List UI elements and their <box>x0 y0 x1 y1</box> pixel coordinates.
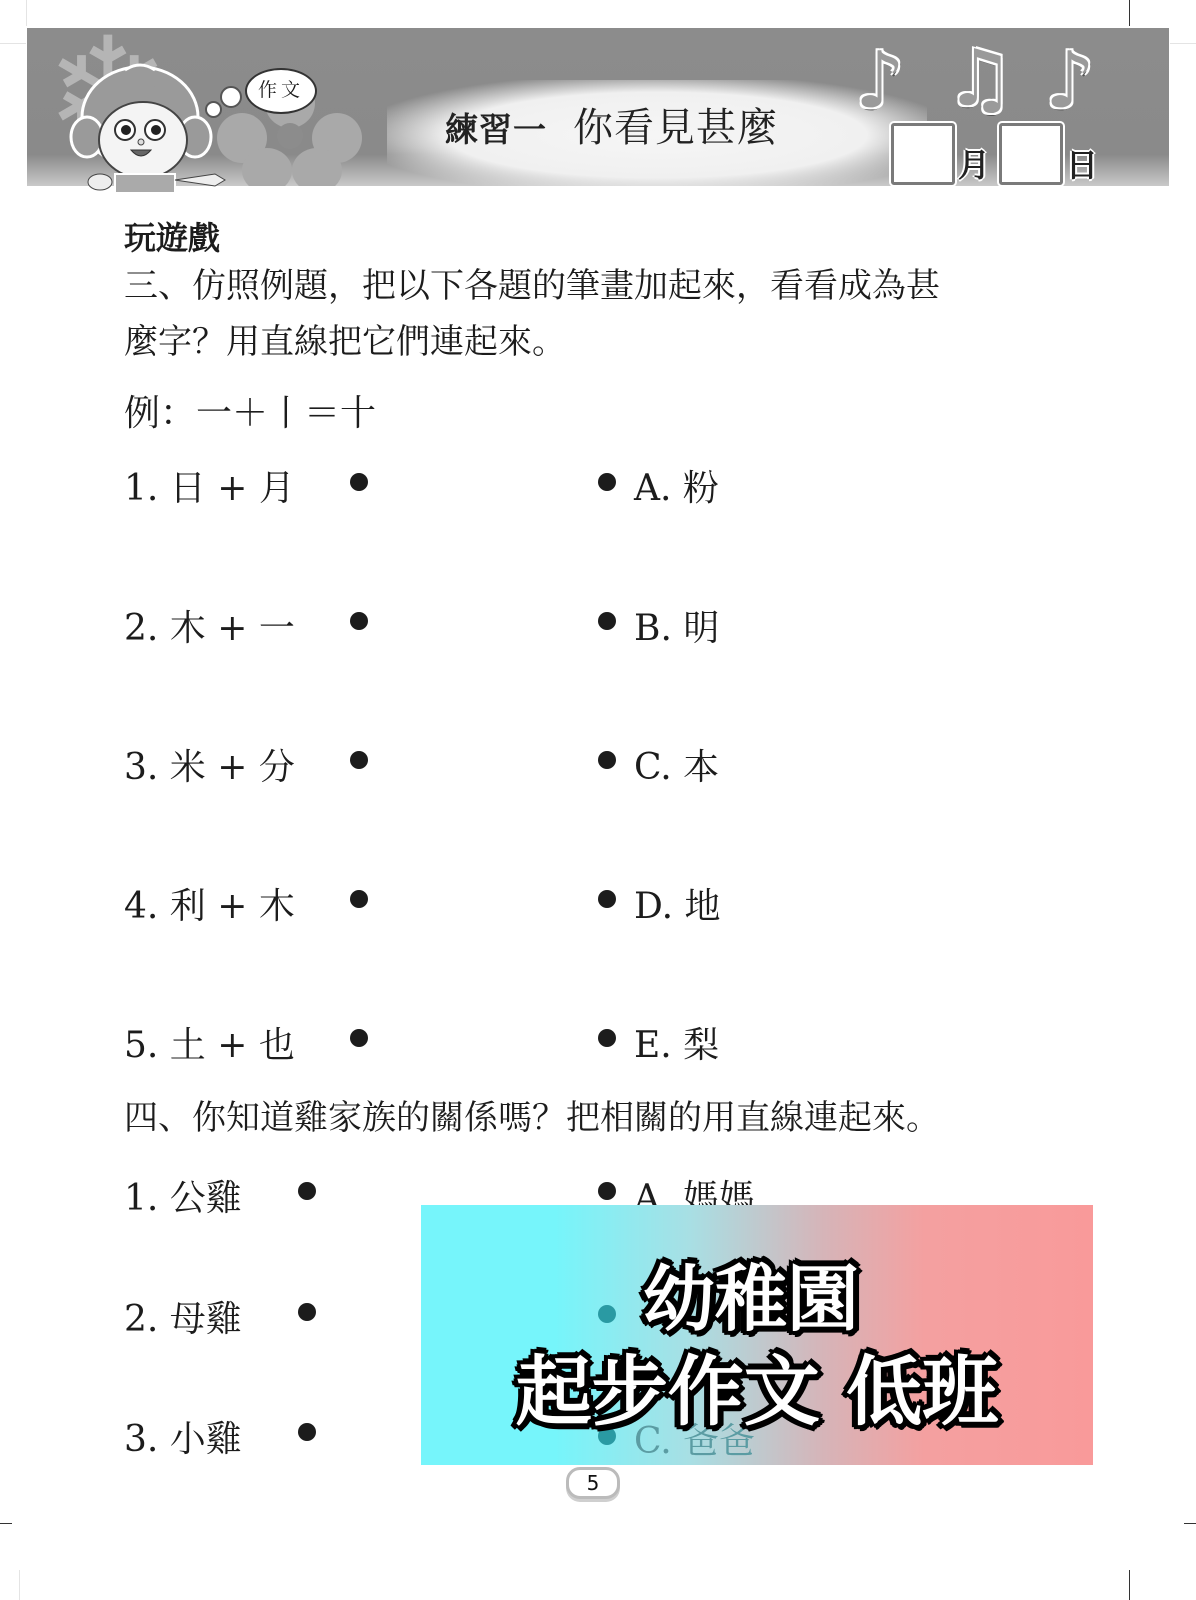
left-item-5: 5. 土 + 也 <box>124 1017 295 1068</box>
page-number: 5 <box>566 1467 620 1499</box>
family-right-dot-a[interactable] <box>598 1182 616 1200</box>
right-item-d: D. 地 <box>634 878 720 929</box>
right-connect-dot-c[interactable] <box>598 751 616 769</box>
exercise-title: 你看見甚麼 <box>573 105 778 151</box>
promo-title-line1: 幼稚園 <box>415 1241 1087 1345</box>
page-title: 練習一你看見甚麼 <box>445 96 778 153</box>
thought-bubble-dot <box>220 86 242 108</box>
left-item-1: 1. 日 + 月 <box>124 460 295 511</box>
crop-mark <box>0 1523 12 1524</box>
left-connect-dot-3[interactable] <box>350 751 368 769</box>
day-input-box[interactable] <box>999 123 1063 185</box>
thought-bubble-dot <box>205 101 222 118</box>
section3-instruction-line2: 麼字？用直線把它們連起來。 <box>124 314 566 370</box>
family-left-dot-3[interactable] <box>298 1423 316 1441</box>
crop-mark <box>1129 0 1130 26</box>
right-item-a: A. 粉 <box>634 460 719 511</box>
right-item-e: E. 梨 <box>634 1017 719 1068</box>
trim-line <box>26 0 27 26</box>
left-connect-dot-1[interactable] <box>350 473 368 491</box>
right-item-c: C. 本 <box>634 739 719 790</box>
trim-line <box>19 1570 20 1600</box>
right-connect-dot-b[interactable] <box>598 612 616 630</box>
left-item-2: 2. 木 + 一 <box>124 600 295 651</box>
exercise-number: 練習一 <box>445 110 547 149</box>
right-connect-dot-a[interactable] <box>598 473 616 491</box>
right-connect-dot-e[interactable] <box>598 1029 616 1047</box>
left-connect-dot-2[interactable] <box>350 612 368 630</box>
crop-mark <box>1129 1570 1130 1600</box>
girl-mascot-illustration <box>55 62 235 192</box>
music-note-icon: ♪ <box>855 42 905 120</box>
family-left-item-3: 3. 小雞 <box>124 1411 242 1462</box>
worked-example: 例：一＋丨＝十 <box>124 385 376 436</box>
left-item-4: 4. 利 + 木 <box>124 878 295 929</box>
month-label: 月 <box>958 140 990 186</box>
month-input-box[interactable] <box>891 123 955 185</box>
music-notes-icon: ♫ <box>945 40 1015 118</box>
family-left-item-1: 1. 公雞 <box>124 1170 242 1221</box>
crop-mark <box>1184 1523 1196 1524</box>
right-connect-dot-d[interactable] <box>598 890 616 908</box>
left-item-3: 3. 米 + 分 <box>124 739 295 790</box>
left-connect-dot-5[interactable] <box>350 1029 368 1047</box>
section4-instruction: 四、你知道雞家族的關係嗎？把相關的用直線連起來。 <box>124 1090 940 1146</box>
trim-line <box>0 43 26 44</box>
family-left-item-2: 2. 母雞 <box>124 1291 242 1342</box>
promo-title-line2: 起步作文 低班 <box>421 1331 1093 1440</box>
family-left-dot-1[interactable] <box>298 1182 316 1200</box>
family-left-dot-2[interactable] <box>298 1303 316 1321</box>
left-connect-dot-4[interactable] <box>350 890 368 908</box>
day-label: 日 <box>1066 140 1098 186</box>
trim-line <box>1170 43 1196 44</box>
section3-instruction-line1: 三、仿照例題，把以下各題的筆畫加起來，看看成為甚 <box>124 258 940 314</box>
thought-bubble: 作文 <box>245 68 317 114</box>
right-item-b: B. 明 <box>634 600 719 651</box>
section-category-label: 玩遊戲 <box>124 213 220 259</box>
promo-overlay-banner: C. 爸爸 幼稚園 起步作文 低班 <box>421 1205 1093 1465</box>
music-note-icon: ♪ <box>1045 42 1095 120</box>
